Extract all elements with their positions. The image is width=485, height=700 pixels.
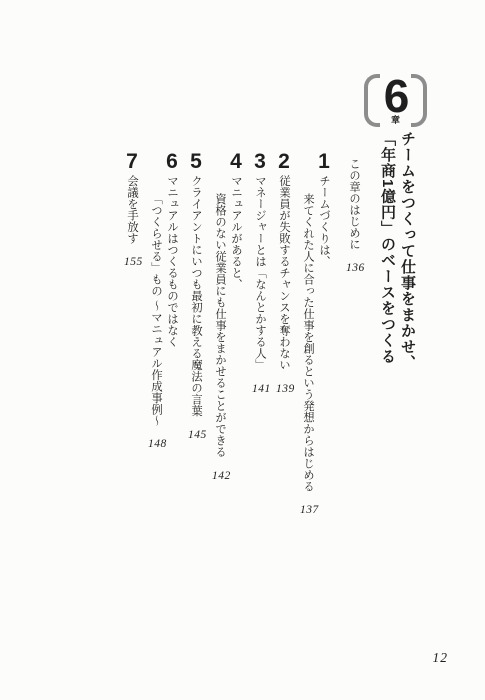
folio-page-number: 12: [433, 650, 449, 666]
entry-title: マネージャーとは「なんとかする人」: [254, 175, 266, 371]
entry-page-number: 141: [252, 383, 268, 396]
entry-title: クライアントにいつも最初に教える魔法の言葉: [190, 175, 202, 417]
chapter-title: チームをつくって仕事をまかせ、 「年商1億円」のベースをつくる: [377, 131, 417, 371]
entry-number: 7: [124, 152, 140, 171]
entry-title-continued: 来てくれた人に合った仕事を創るという発想からはじめる: [302, 193, 314, 492]
entry-page-number: 139: [276, 383, 292, 396]
chapter-number: 6: [364, 72, 427, 120]
toc-entry: 6マニュアルはつくるものではなく 「つくらせる」もの 〜マニュアル作成事例〜14…: [148, 152, 180, 517]
entry-page-number: 155: [124, 256, 140, 269]
entry-title-continued: 「つくらせる」もの 〜マニュアル作成事例〜: [150, 193, 162, 426]
entry-page-number: 148: [148, 438, 164, 451]
entry-title: 従業員が失敗するチャンスを奪わない: [278, 175, 290, 371]
entry-page-number: 142: [212, 470, 228, 483]
table-of-contents: この章のはじめに136 1チームづくりは、 来てくれた人に合った仕事を創るという…: [116, 152, 362, 517]
toc-entry: 4マニュアルがあると、 資格のない従業員にも仕事をまかせることができる142: [212, 152, 244, 517]
entry-page-number: 145: [188, 429, 204, 442]
entry-number: 6: [164, 152, 180, 171]
entry-title: 会議を手放す: [126, 175, 138, 244]
entry-title-continued: 資格のない従業員にも仕事をまかせることができる: [214, 193, 226, 458]
chapter-badge: 6 章: [364, 71, 427, 131]
chapter-title-line2: 「年商1億円」のベースをつくる: [377, 131, 397, 371]
entry-title: マニュアルがあると、: [230, 175, 242, 290]
intro-page-number: 136: [346, 262, 362, 275]
book-toc-page: 6 章 チームをつくって仕事をまかせ、 「年商1億円」のベースをつくる この章の…: [0, 0, 485, 700]
entry-title: マニュアルはつくるものではなく: [166, 175, 178, 348]
entry-number: 2: [276, 152, 292, 171]
toc-entry: 3マネージャーとは「なんとかする人」141: [252, 152, 268, 517]
toc-intro-entry: この章のはじめに136: [346, 152, 362, 517]
entry-page-number: 137: [300, 504, 316, 517]
entry-number: 1: [316, 152, 332, 171]
toc-entry: 2従業員が失敗するチャンスを奪わない139: [276, 152, 292, 517]
toc-entry: 5クライアントにいつも最初に教える魔法の言葉145: [188, 152, 204, 517]
entry-title: チームづくりは、: [318, 175, 330, 267]
entry-number: 3: [252, 152, 268, 171]
intro-label: この章のはじめに: [348, 158, 360, 250]
entry-number: 4: [228, 152, 244, 171]
chapter-suffix: 章: [364, 116, 427, 125]
toc-entry: 7会議を手放す155: [124, 152, 140, 517]
toc-entry: 1チームづくりは、 来てくれた人に合った仕事を創るという発想からはじめる137: [300, 152, 332, 517]
chapter-title-line1: チームをつくって仕事をまかせ、: [397, 131, 417, 371]
entry-number: 5: [188, 152, 204, 171]
